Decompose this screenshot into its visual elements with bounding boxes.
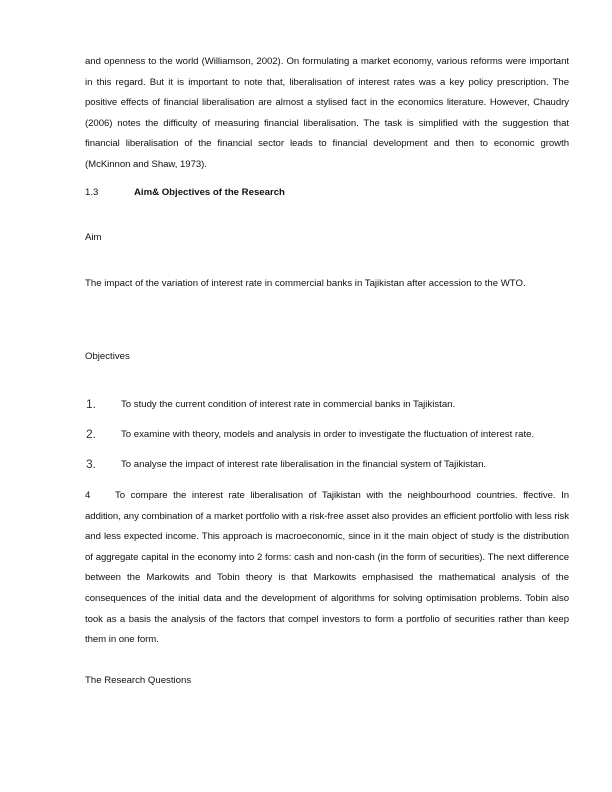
objective-4-text: To compare the interest rate liberalisat… [85,490,569,645]
document-page: and openness to the world (Williamson, 2… [0,0,612,792]
objective-4-paragraph: 4To compare the interest rate liberalisa… [85,486,569,651]
objective-item: To study the current condition of intere… [121,399,455,410]
aim-label: Aim [85,232,102,243]
research-questions-label: The Research Questions [85,675,191,686]
objective-number: 3. [86,457,96,471]
section-number: 1.3 [85,187,98,198]
section-heading: Aim& Objectives of the Research [134,187,285,198]
objective-item: To examine with theory, models and analy… [121,429,534,440]
objective-number: 2. [86,427,96,441]
aim-text: The impact of the variation of interest … [85,278,526,289]
objective-item: To analyse the impact of interest rate l… [121,459,486,470]
intro-paragraph: and openness to the world (Williamson, 2… [85,52,569,176]
objective-number: 4 [85,486,115,507]
objectives-label: Objectives [85,351,130,362]
objective-number: 1. [86,397,96,411]
